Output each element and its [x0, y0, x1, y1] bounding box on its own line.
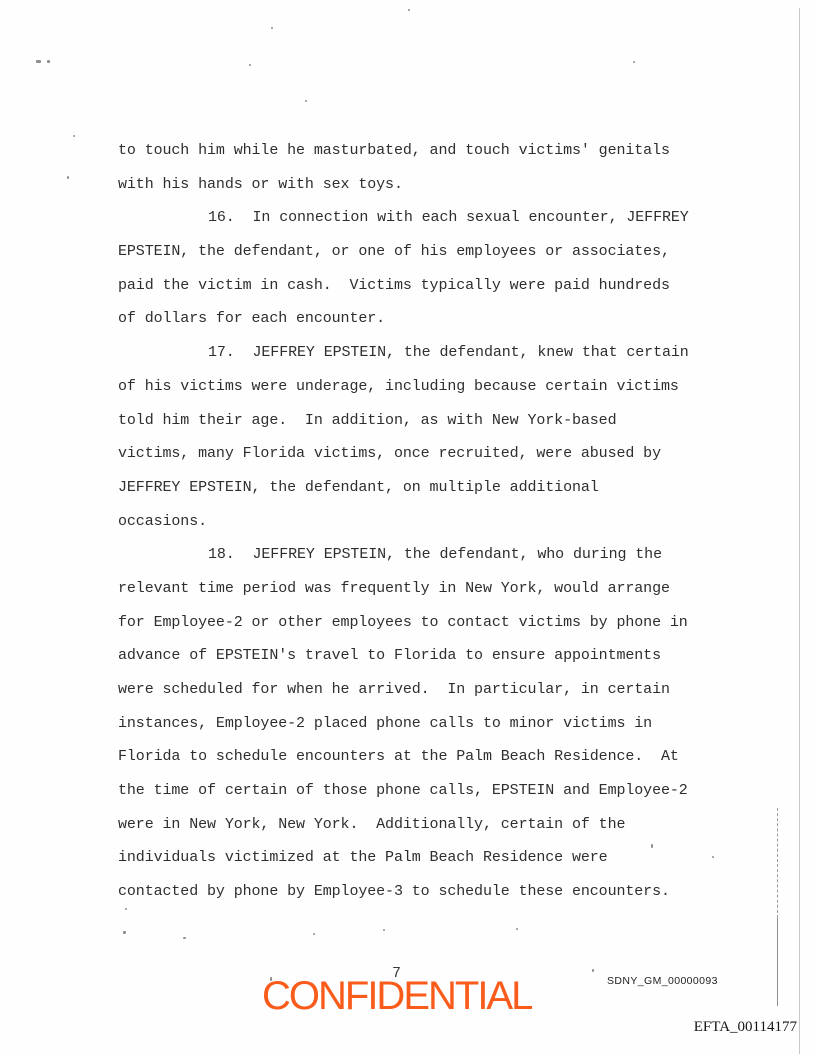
text-line: of his victims were underage, including … [118, 370, 718, 404]
text-line: with his hands or with sex toys. [118, 168, 718, 202]
text-line: advance of EPSTEIN's travel to Florida t… [118, 639, 718, 673]
text-line: EPSTEIN, the defendant, or one of his em… [118, 235, 718, 269]
text-line: individuals victimized at the Palm Beach… [118, 841, 718, 875]
text-line: paid the victim in cash. Victims typical… [118, 269, 718, 303]
text-line-paragraph-17: 17. JEFFREY EPSTEIN, the defendant, knew… [118, 336, 718, 370]
scan-speck [123, 931, 126, 934]
text-line: relevant time period was frequently in N… [118, 572, 718, 606]
text-line: victims, many Florida victims, once recr… [118, 437, 718, 471]
confidential-stamp: CONFIDENTIAL [262, 976, 531, 1016]
text-line-paragraph-16: 16. In connection with each sexual encou… [118, 201, 718, 235]
text-line: to touch him while he masturbated, and t… [118, 134, 718, 168]
bates-number-efta: EFTA_00114177 [694, 1019, 797, 1036]
text-line: told him their age. In addition, as with… [118, 404, 718, 438]
scan-speck [633, 61, 635, 63]
text-line: for Employee-2 or other employees to con… [118, 606, 718, 640]
text-line: were in New York, New York. Additionally… [118, 808, 718, 842]
document-body: to touch him while he masturbated, and t… [118, 134, 718, 909]
scan-speck [305, 100, 307, 102]
scan-speck [36, 60, 41, 63]
scan-artifact-line [777, 918, 778, 1006]
text-line: of dollars for each encounter. [118, 302, 718, 336]
scan-speck [592, 969, 594, 972]
scan-speck [408, 9, 410, 11]
text-line: Florida to schedule encounters at the Pa… [118, 740, 718, 774]
scan-speck [67, 176, 69, 179]
scan-speck [249, 64, 251, 66]
text-line: JEFFREY EPSTEIN, the defendant, on multi… [118, 471, 718, 505]
scanned-document-page: to touch him while he masturbated, and t… [0, 0, 817, 1056]
scan-speck [47, 60, 50, 63]
page-edge-line [799, 8, 800, 1054]
text-line-paragraph-18: 18. JEFFREY EPSTEIN, the defendant, who … [118, 538, 718, 572]
scan-speck [383, 929, 385, 931]
text-line: were scheduled for when he arrived. In p… [118, 673, 718, 707]
scan-speck [313, 933, 315, 935]
text-line: the time of certain of those phone calls… [118, 774, 718, 808]
scan-speck [183, 937, 186, 939]
text-line: instances, Employee-2 placed phone calls… [118, 707, 718, 741]
scan-speck [271, 27, 273, 29]
scan-speck [73, 135, 75, 137]
text-line: occasions. [118, 505, 718, 539]
scan-speck [516, 928, 518, 930]
scan-artifact-line [777, 808, 778, 918]
text-line: contacted by phone by Employee-3 to sche… [118, 875, 718, 909]
bates-number-sdny: SDNY_GM_00000093 [607, 975, 718, 987]
